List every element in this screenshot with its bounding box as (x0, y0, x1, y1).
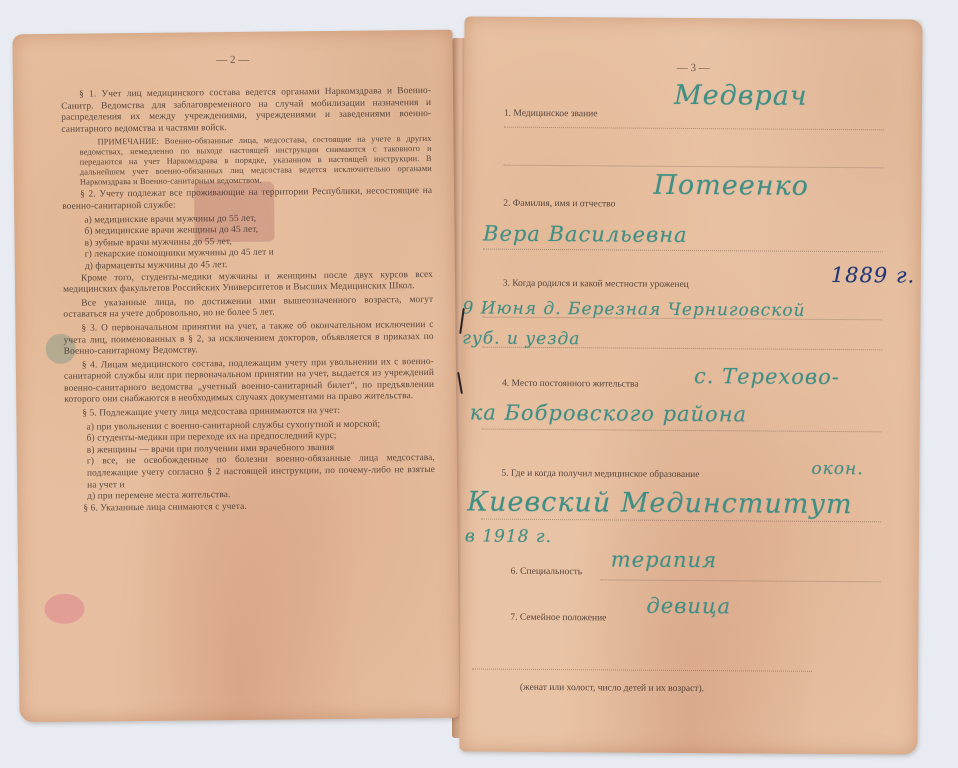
field-label-residence: 4. Место постоянного жительства (502, 379, 639, 390)
field-label-birth: 3. Когда родился и какой местности уроже… (503, 279, 689, 290)
page-number: — 3 — (464, 60, 922, 75)
paragraph-age: Все указанные лица, по достижении ими вы… (63, 295, 433, 322)
handwritten-education-place: Киевский Мединститут (467, 486, 853, 520)
handwritten-rank: Медврач (674, 80, 808, 112)
right-page: — 3 — 1. Медицинское звание Медврач 2. Ф… (459, 16, 922, 754)
left-page: — 2 — § 1. Учет лиц медицинского состава… (12, 30, 459, 723)
handwritten-surname: Потеенко (653, 170, 809, 202)
dotted-line (482, 429, 882, 433)
paragraph-3: § 3. О первоначальном принятии на учет, … (63, 320, 433, 359)
dotted-line (472, 668, 812, 671)
dotted-line (601, 579, 881, 582)
paragraph-1: § 1. Учет лиц медицинского состава ведет… (61, 86, 431, 136)
magenta-stain (44, 594, 84, 624)
handwritten-education-status: окон. (811, 459, 863, 479)
page-number: — 2 — (13, 52, 453, 69)
handwritten-birth-year: 1889 г. (831, 263, 916, 288)
handwritten-education-year: в 1918 г. (465, 526, 552, 547)
dotted-line (504, 127, 884, 131)
field-label-name: 2. Фамилия, имя и отчество (503, 199, 615, 210)
field-label-education: 5. Где и когда получил медицинское образ… (501, 469, 699, 480)
field-label-specialty: 6. Специальность (511, 567, 583, 577)
paragraph-4: § 4. Лицам медицинского состава, подлежа… (64, 357, 434, 407)
dotted-line (504, 165, 884, 169)
handwritten-marital-status: девица (646, 594, 731, 619)
handwritten-residence: с. Терехово- (694, 364, 840, 389)
list-item: г) все, не освобожденные по болезни воен… (65, 453, 435, 492)
handwritten-given-names: Вера Васильевна (483, 222, 688, 247)
handwritten-residence-cont: ка Бобровского района (470, 400, 747, 426)
instructions-text: § 1. Учет лиц медицинского состава ведет… (61, 86, 435, 517)
dotted-line (483, 249, 883, 253)
marital-footnote: (женат или холост, число детей и их возр… (520, 683, 704, 694)
field-label-marital: 7. Семейное положение (510, 613, 606, 624)
handwritten-specialty: терапия (611, 547, 717, 572)
paragraph-2: § 2. Учету подлежат все проживающие на т… (62, 186, 432, 213)
field-label-rank: 1. Медицинское звание (504, 109, 598, 120)
paragraph-5: § 5. Подлежащие учету лица медсостава пр… (64, 405, 434, 420)
note-paragraph: ПРИМЕЧАНИЕ: Военно-обязанные лица, медсо… (62, 134, 433, 188)
paragraph-students: Кроме того, студенты-медики мужчины и же… (63, 269, 433, 296)
